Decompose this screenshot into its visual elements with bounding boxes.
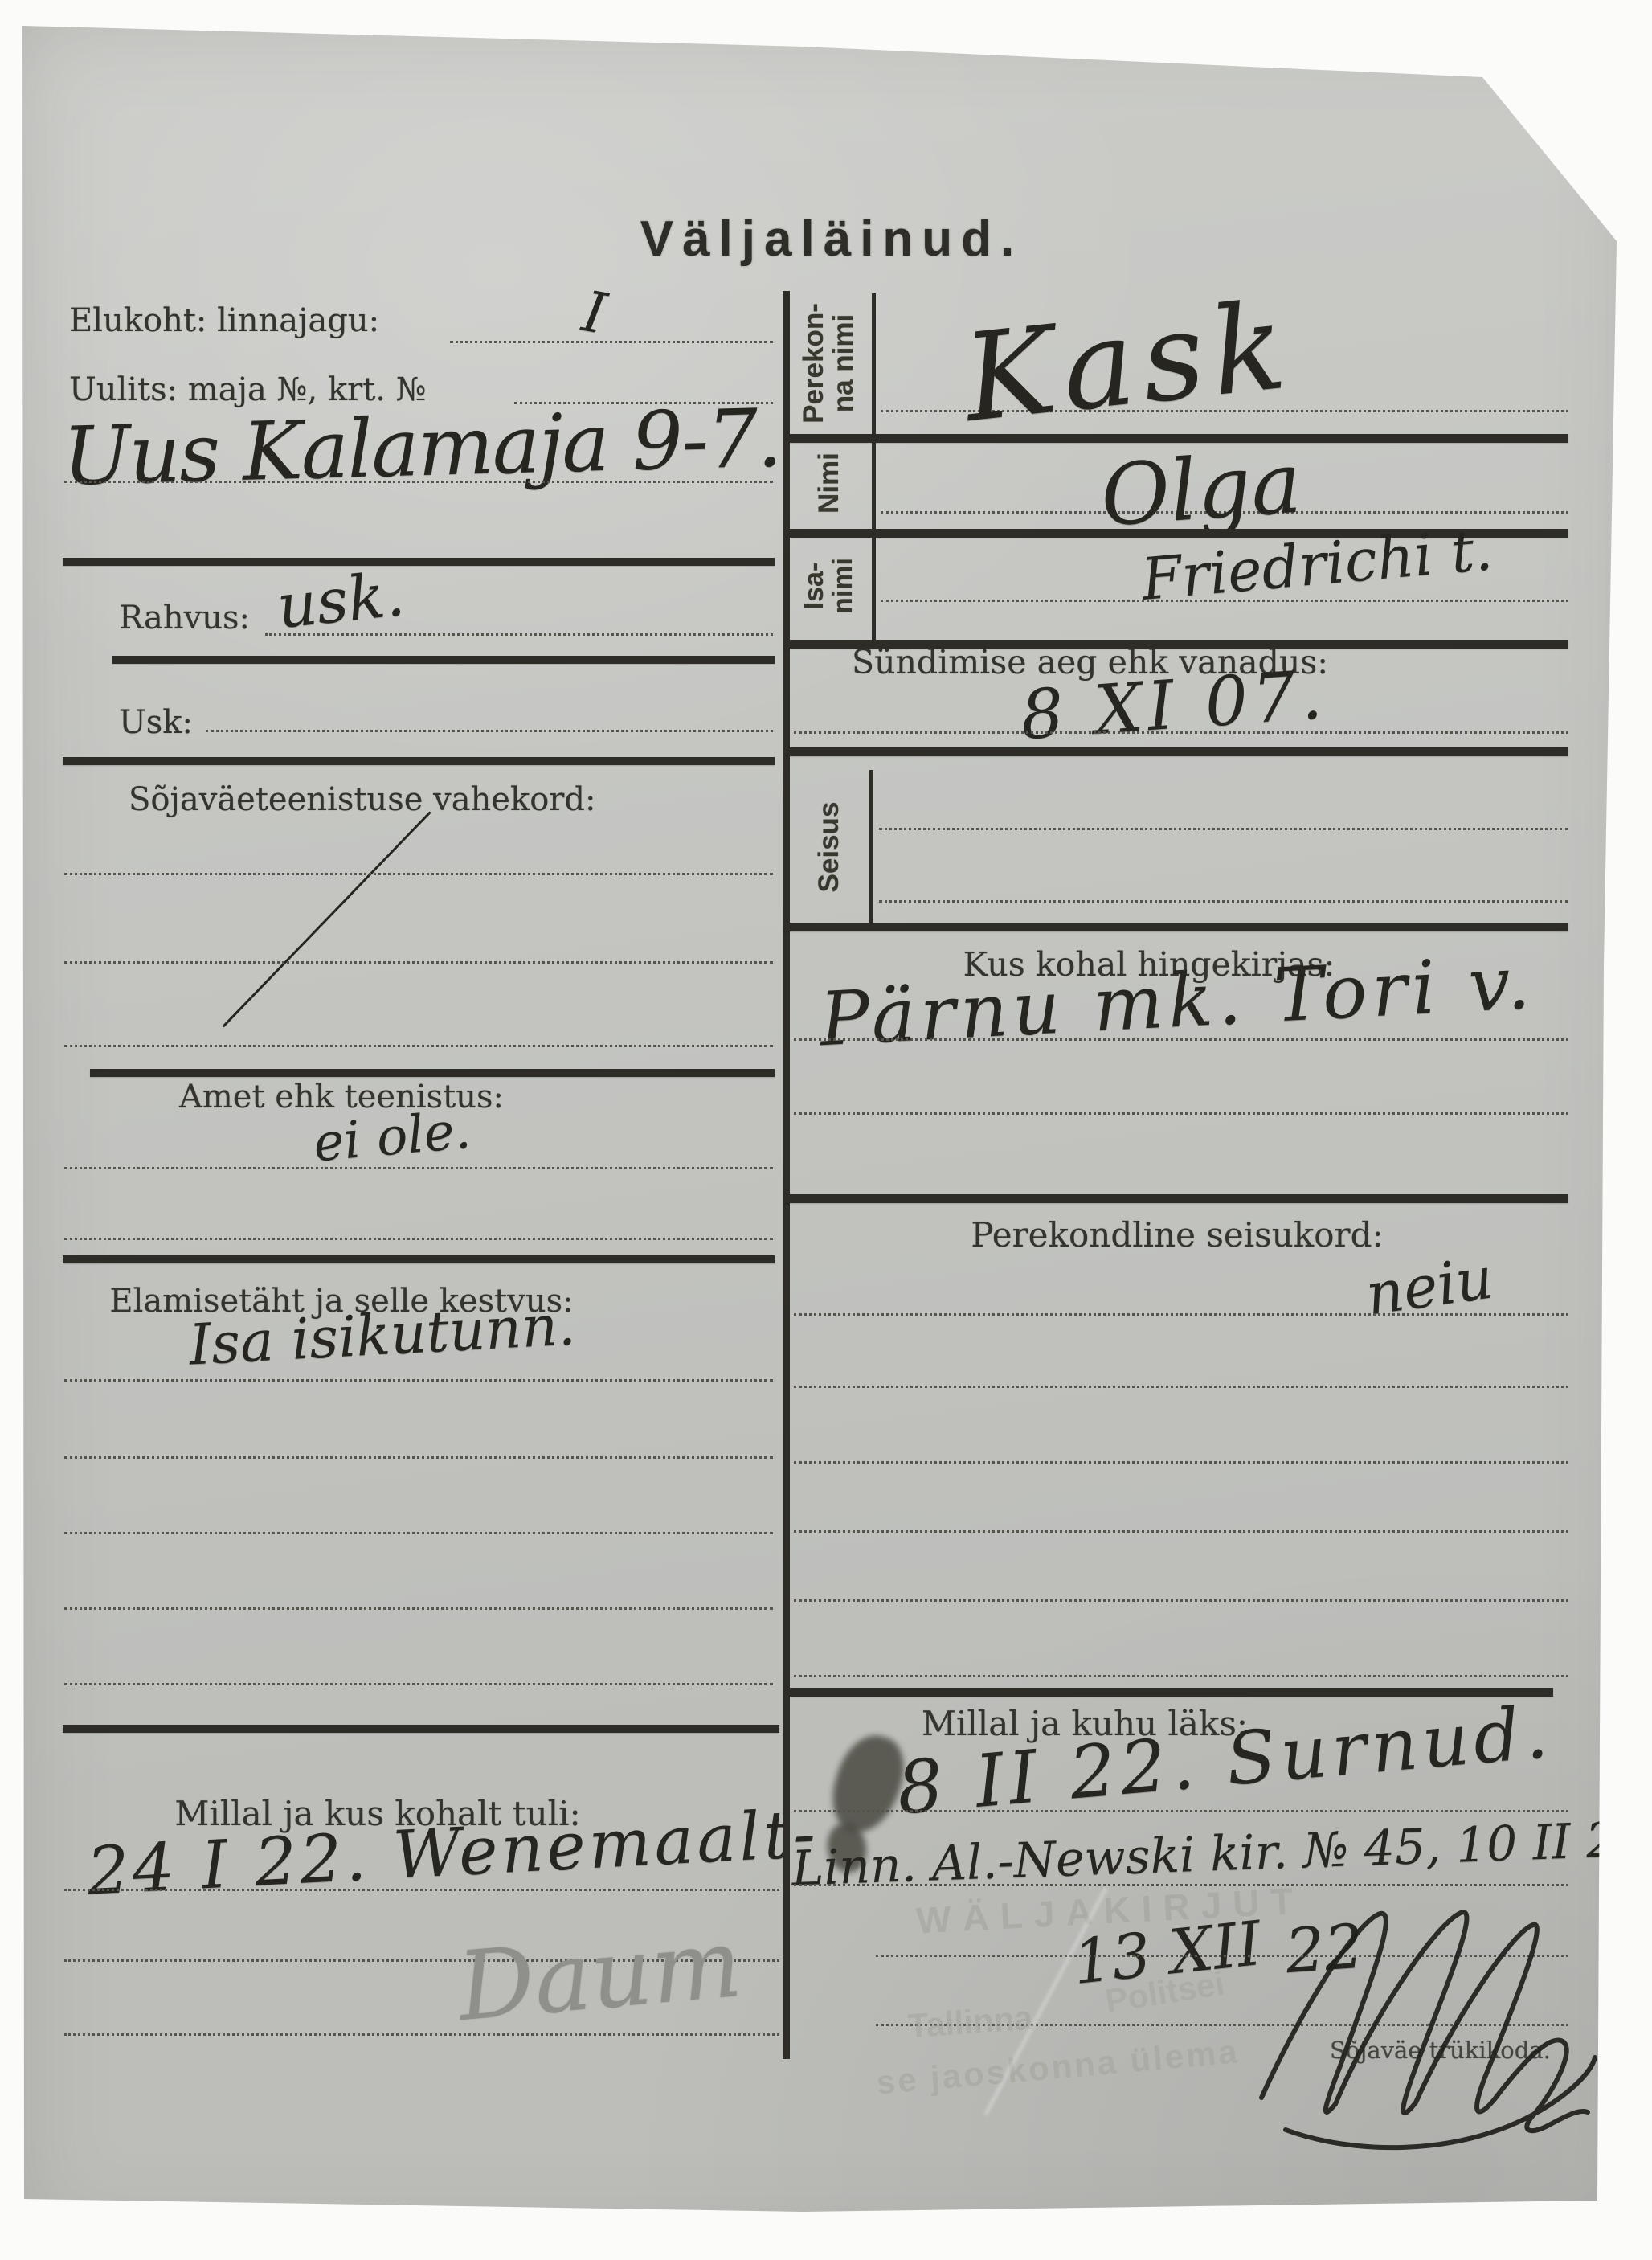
amet-value: ei ole.	[311, 1101, 473, 1174]
nimi-label-text: Nimi	[815, 452, 844, 514]
perekonnanimi-label-line2: na nimi	[829, 314, 859, 413]
seisus-label: Seisus	[811, 767, 848, 927]
rule-thick	[784, 1194, 1568, 1203]
nimi-label: Nimi	[812, 435, 847, 531]
rule-thick	[63, 558, 775, 566]
rule-dotted	[794, 731, 1568, 734]
amet-label: Amet ehk teenistus:	[129, 1079, 554, 1116]
rule-dotted	[64, 1532, 773, 1534]
rule-thick	[790, 1688, 1553, 1697]
column-divider-line	[783, 291, 790, 2059]
rule-dotted	[206, 730, 773, 732]
tuli-signature: Daum	[454, 1907, 746, 2042]
rule-dotted	[794, 1112, 1568, 1115]
elukoht-value: I	[578, 278, 611, 347]
label-box-line	[872, 293, 876, 645]
rule-dotted	[64, 1045, 773, 1047]
sojavae-strikethrough-mark	[222, 811, 431, 1028]
isanimi-label: Isa- nimi	[793, 530, 865, 642]
official-signature	[1229, 1897, 1631, 2162]
rule-dotted	[64, 481, 773, 483]
rule-dotted	[794, 1038, 1568, 1041]
rule-thick	[63, 1255, 775, 1263]
stamp-text-tallinna: Tallinna	[907, 1999, 1035, 2046]
usk-label: Usk:	[119, 704, 193, 741]
rule-dotted	[64, 873, 773, 875]
sojavae-label: Sõjaväeteenistuse vahekord:	[129, 781, 554, 818]
rule-dotted	[879, 900, 1568, 903]
rule-dotted	[265, 633, 773, 636]
rule-dotted	[794, 1599, 1568, 1602]
rule-thick	[90, 1069, 775, 1077]
isanimi-label-line1: Isa-	[800, 563, 829, 610]
rule-dotted	[64, 1238, 773, 1240]
rule-dotted	[64, 1607, 773, 1610]
rule-dotted	[64, 1167, 773, 1169]
rule-dotted	[64, 961, 773, 964]
rule-dotted	[794, 1461, 1568, 1464]
rule-dotted	[64, 1683, 773, 1685]
rahvus-label: Rahvus:	[119, 600, 250, 637]
perekonnanimi-label: Perekon- na nimi	[789, 291, 869, 436]
rule-dotted	[64, 2033, 779, 2036]
rule-dotted	[794, 1386, 1568, 1388]
rahvus-value: usk.	[274, 558, 408, 642]
seisus-label-text: Seisus	[815, 802, 844, 893]
isanimi-label-line2: nimi	[829, 558, 858, 614]
perekonnanimi-label-line1: Perekon-	[799, 303, 829, 424]
form-title: Väljaläinud.	[619, 211, 1045, 268]
rule-dotted	[64, 1889, 779, 1891]
label-box-line	[869, 770, 873, 927]
rule-dotted	[64, 1456, 773, 1459]
paper-sheet: Väljaläinud. Elukoht: linnajagu: I Uulit…	[0, 0, 1652, 2260]
rule-dotted	[794, 1810, 1568, 1812]
rule-thick	[63, 757, 775, 765]
rule-thick	[63, 1725, 779, 1733]
rule-dotted	[794, 1530, 1568, 1533]
rule-thick	[790, 747, 1568, 756]
elukoht-label: Elukoht: linnajagu:	[69, 302, 379, 339]
perekonnanimi-value: Kask	[958, 276, 1299, 449]
seisukord-label: Perekondline seisukord:	[936, 1215, 1418, 1255]
rule-dotted	[450, 341, 773, 343]
rule-dotted	[794, 1313, 1568, 1316]
rule-dotted	[879, 828, 1568, 830]
rule-thick	[784, 923, 1568, 931]
rule-dotted	[794, 1675, 1568, 1677]
uulits-value: Uus Kalamaja 9-7.	[62, 391, 782, 503]
rule-dotted	[64, 1379, 773, 1382]
rule-thick	[112, 656, 775, 664]
scanned-form-page: Väljaläinud. Elukoht: linnajagu: I Uulit…	[0, 0, 1652, 2260]
